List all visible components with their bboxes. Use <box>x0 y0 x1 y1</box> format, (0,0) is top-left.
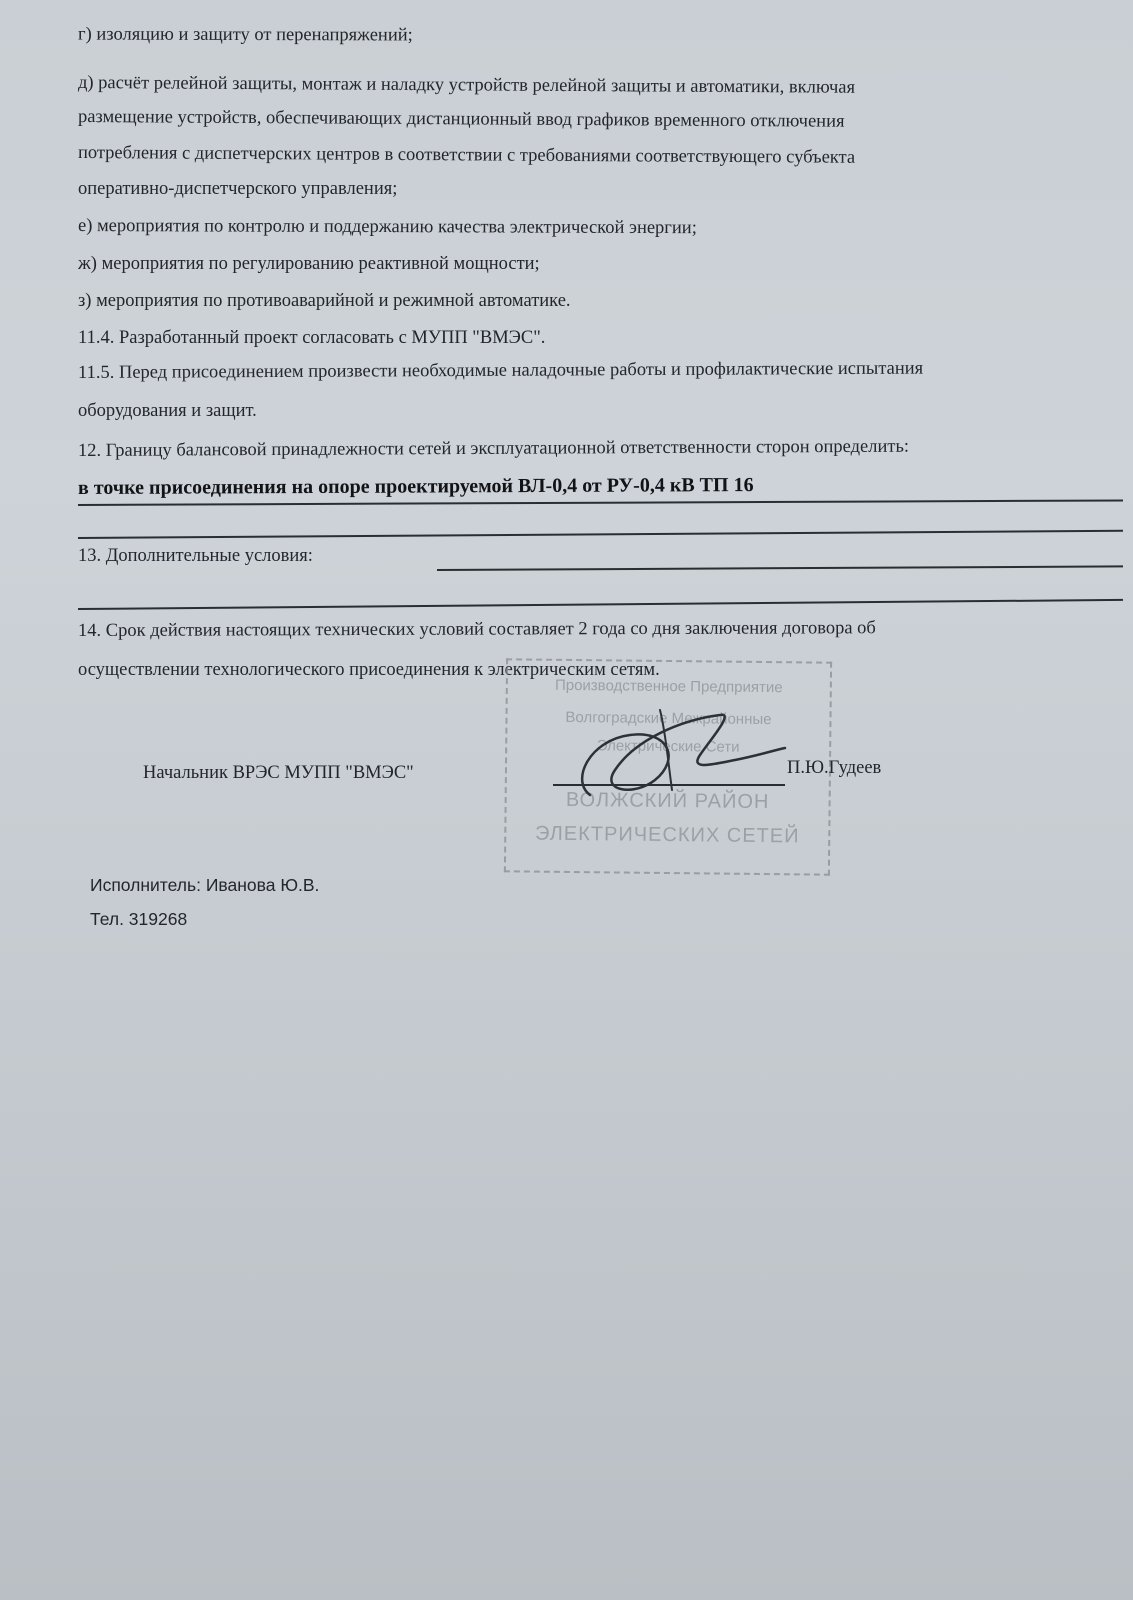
item-zh: ж) мероприятия по регулированию реактивн… <box>78 253 540 275</box>
blank-line-13-inline <box>437 565 1123 570</box>
stamp-line-5: ЭЛЕКТРИЧЕСКИХ СЕТЕЙ <box>506 822 828 848</box>
blank-line-12 <box>78 530 1123 539</box>
item-d-line3: потребления с диспетчерских центров в со… <box>78 142 855 169</box>
underline-12-value <box>78 499 1123 505</box>
item-e: е) мероприятия по контролю и поддержанию… <box>78 215 697 239</box>
paragraph-11-5-line1: 11.5. Перед присоединением произвести не… <box>78 358 923 384</box>
executor: Исполнитель: Иванова Ю.В. <box>90 874 319 896</box>
paragraph-14-line1: 14. Срок действия настоящих технических … <box>78 617 876 642</box>
paragraph-11-5-line2: оборудования и защит. <box>78 400 257 422</box>
item-d-line4: оперативно-диспетчерского управления; <box>78 178 397 200</box>
executor-phone: Тел. 319268 <box>90 908 187 930</box>
handwritten-signature-icon <box>560 700 800 810</box>
document-page: г) изоляцию и защиту от перенапряжений; … <box>0 0 1133 1600</box>
item-g: г) изоляцию и защиту от перенапряжений; <box>78 24 413 47</box>
item-d-line2: размещение устройств, обеспечивающих дис… <box>78 106 845 133</box>
blank-line-13 <box>78 599 1123 610</box>
paragraph-12: 12. Границу балансовой принадлежности се… <box>78 436 909 462</box>
item-z: з) мероприятия по противоаварийной и реж… <box>78 290 571 312</box>
stamp-line-1: Производственное Предприятие <box>508 676 830 696</box>
paragraph-11-4: 11.4. Разработанный проект согласовать с… <box>78 327 545 349</box>
signatory-position: Начальник ВРЭС МУПП "ВМЭС" <box>143 762 414 784</box>
balance-boundary-value: в точке присоединения на опоре проектиру… <box>78 474 754 499</box>
signatory-name: П.Ю.Гудеев <box>787 757 881 779</box>
paragraph-13: 13. Дополнительные условия: <box>78 545 313 567</box>
item-d-line1: д) расчёт релейной защиты, монтаж и нала… <box>78 72 855 99</box>
